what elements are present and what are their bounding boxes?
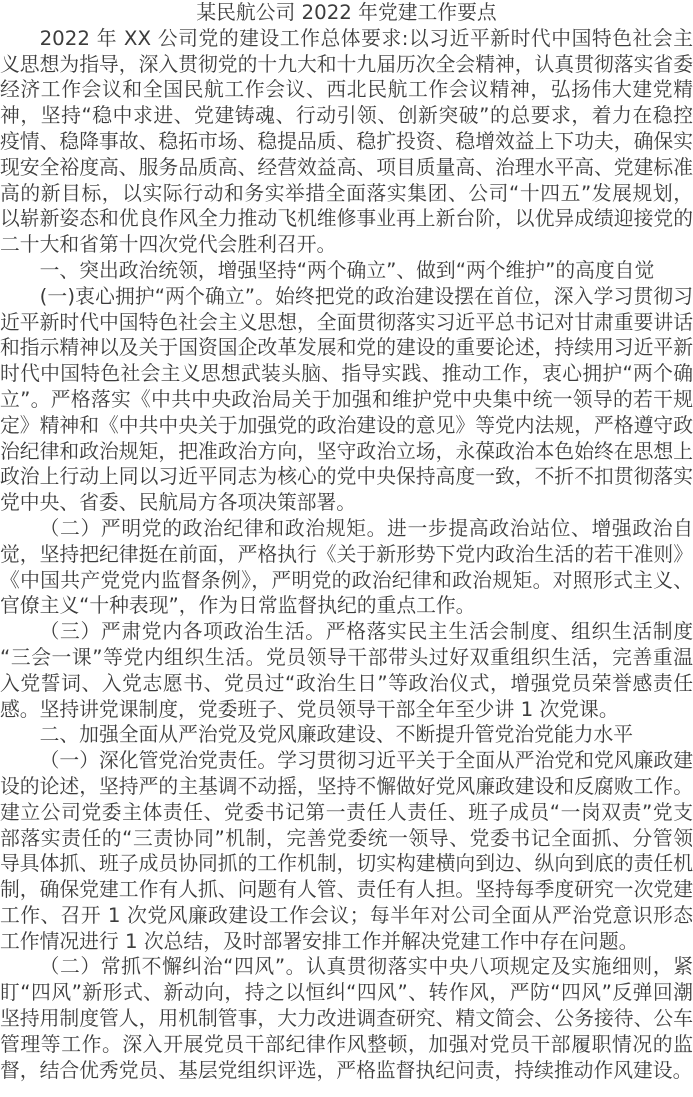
paragraph-overall-requirements: 2022 年 XX 公司党的建设工作总体要求:以习近平新时代中国特色社会主义思想…	[0, 26, 693, 258]
heading-section-2: 二、加强全面从严治党及党风廉政建设、不断提升管党治党能力水平	[0, 722, 693, 748]
document: 某民航公司 2022 年党建工作要点 2022 年 XX 公司党的建设工作总体要…	[0, 0, 693, 1083]
paragraph-1-3-political-life: （三）严肃党内各项政治生活。严格落实民主生活会制度、组织生活制度“三会一课”等党…	[0, 619, 693, 722]
paragraph-1-1-two-establishes: (一)衷心拥护“两个确立”。始终把党的政治建设摆在首位，深入学习贯彻习近平新时代…	[0, 284, 693, 516]
document-title: 某民航公司 2022 年党建工作要点	[0, 0, 693, 26]
document-page: { "meta": { "colors": { "background": "#…	[0, 0, 693, 1097]
paragraph-2-1-party-governance-responsibility: （一）深化管党治党责任。学习贯彻习近平关于全面从严治党和党风廉政建设的论述，坚持…	[0, 748, 693, 954]
heading-section-1: 一、突出政治统领，增强坚持“两个确立”、做到“两个维护”的高度自觉	[0, 258, 693, 284]
paragraph-2-2-four-winds: （二）常抓不懈纠治“四风”。认真贯彻落实中央八项规定及实施细则，紧盯“四风”新形…	[0, 954, 693, 1083]
paragraph-1-2-political-discipline: （二）严明党的政治纪律和政治规矩。进一步提高政治站位、增强政治自觉，坚持把纪律挺…	[0, 516, 693, 619]
